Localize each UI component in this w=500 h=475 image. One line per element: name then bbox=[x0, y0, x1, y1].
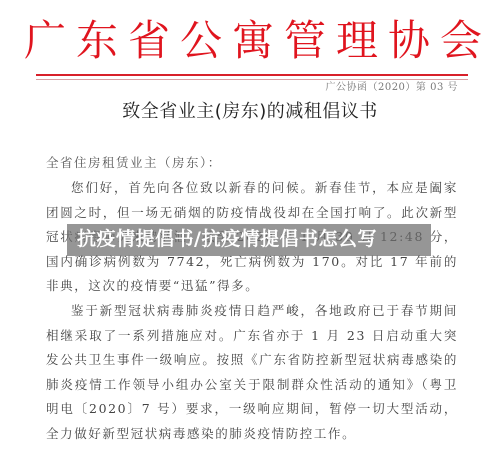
document-title: 致全省业主(房东)的减租倡议书 bbox=[0, 100, 500, 124]
caption-overlay: 抗疫情提倡书/抗疫情提倡书怎么写 bbox=[67, 224, 431, 256]
letterhead-rule-thick bbox=[36, 74, 468, 76]
letterhead-title: 广东省公寓管理协会 bbox=[0, 18, 500, 64]
paragraph-2: 鉴于新型冠状病毒肺炎疫情日趋严峻，各地政府已于春节期间相继采取了一系列措施应对。… bbox=[46, 299, 458, 447]
document-body: 您们好，首先向各位致以新春的问候。新春佳节，本应是阖家团圆之时，但一场无硝烟的防… bbox=[46, 176, 458, 447]
document-number: 广公协函（2020）第 03 号 bbox=[325, 81, 458, 95]
salutation: 全省住房租赁业主（房东）： bbox=[46, 155, 222, 171]
caption-text: 抗疫情提倡书/抗疫情提倡书怎么写 bbox=[77, 227, 377, 251]
letterhead-rule-thin bbox=[36, 79, 468, 80]
